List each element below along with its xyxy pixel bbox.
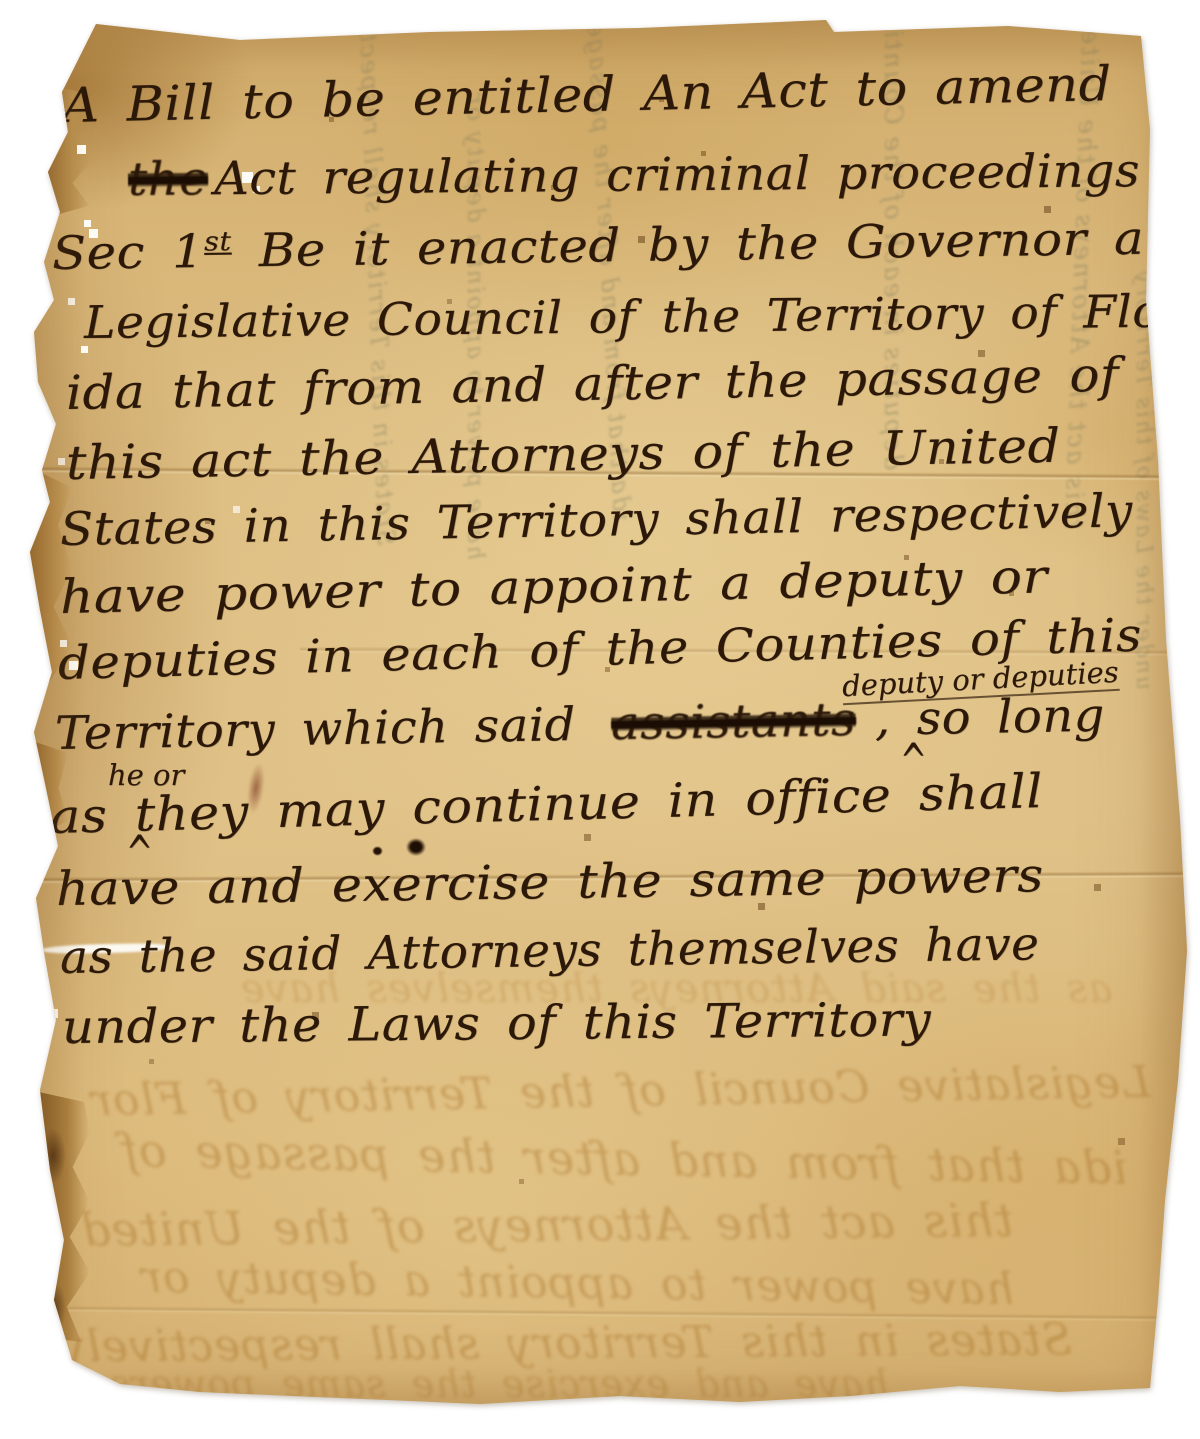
manuscript-line-13: as the said Attorneys themselves have [60,916,1040,984]
bleedthrough-line: States in this Territory shall respectiv… [60,1314,1072,1372]
scan-background: { "scan": { "background_color": "#ffffff… [0,0,1200,1439]
scanned-manuscript: States in this Territory shall respectiv… [0,0,1200,1439]
bleedthrough-line: have power to appoint a deputy or [140,1252,1015,1315]
manuscript-line-sec1: Sec 1st Be it enacted by the Governor an… [52,210,1200,280]
stain-specks [0,0,3,3]
bleedthrough-line: this act the Attorneys of the United [80,1193,1014,1257]
binding-stain [42,1282,66,1334]
manuscript-line-7: States in this Territory shall respectiv… [60,483,1134,556]
struck-word: assistants [611,692,857,750]
manuscript-line-11: as they may continue in office shall [49,764,1043,845]
ink-blot [372,846,383,856]
manuscript-line-4: Legislative Council of the Territory of … [84,284,1185,349]
paper-sheet: States in this Territory shall respectiv… [0,0,1200,1439]
struck-word-the: the [128,151,208,206]
section-label: Sec 1 [52,224,205,280]
manuscript-line-title-2: theAct regulating criminal proceedings [128,143,1140,206]
bleedthrough-line: Legislative Council of the Territory of … [90,1057,1151,1127]
section-label-superscript: st [204,226,232,257]
amended-line-prefix: Territory which said [55,697,577,760]
bleedthrough-line: have and exercise the same powers [110,1362,889,1406]
manuscript-line-12: have and exercise the same powers [56,848,1044,917]
sec1-text: Be it enacted by the Governor and [258,210,1200,277]
title-2-rest: Act regulating criminal proceedings [214,143,1140,205]
manuscript-line-title-1: A Bill to be entitled An Act to amend [61,56,1112,134]
white-damage-spot [0,0,3,3]
bleedthrough-line: ida that from and after the passage of [120,1123,1128,1195]
binding-stain [40,1128,66,1184]
manuscript-line-14: under the Laws of this Territory [62,992,932,1055]
ink-blot [406,838,426,856]
fold-crease [0,1305,1200,1322]
manuscript-line-6: this act the Attorneys of the United [66,419,1061,491]
manuscript-line-10-amended: Territory which saidassistants, so long [55,688,1106,760]
torn-binding-tab [32,1092,90,1342]
manuscript-line-5: ida that from and after the passage of [66,348,1120,421]
